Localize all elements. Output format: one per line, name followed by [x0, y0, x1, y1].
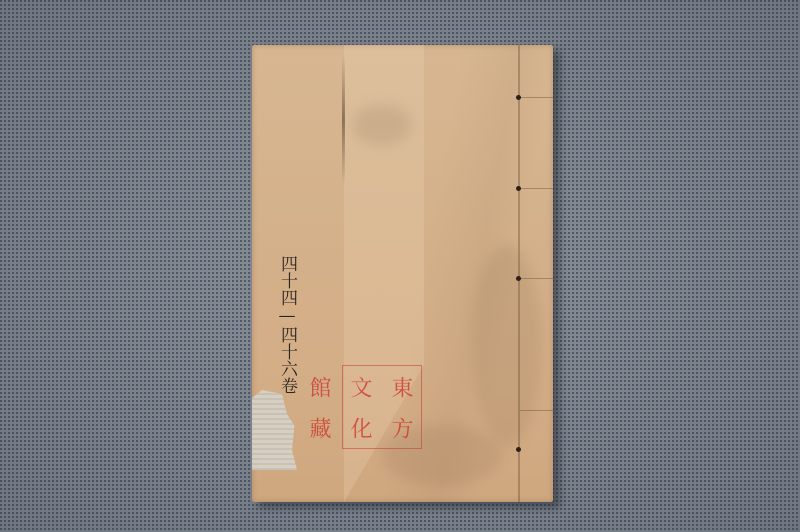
volume-label: 四十四—四十六卷	[276, 255, 298, 394]
binding-thread	[518, 45, 520, 502]
stitch	[520, 410, 553, 411]
seal-char: 方	[380, 407, 421, 448]
stain	[472, 245, 542, 445]
stitch	[520, 97, 553, 98]
stain	[352, 105, 412, 145]
binding-hole	[516, 186, 521, 191]
seal-char: 化	[339, 407, 380, 448]
binding-hole	[516, 447, 521, 452]
cover-crease	[342, 55, 345, 185]
binding-hole	[516, 95, 521, 100]
red-seal-stamp: 東 文 館 方 化 藏	[342, 365, 422, 449]
stitch	[520, 188, 553, 189]
binding-hole	[516, 276, 521, 281]
book-cover: 四十四—四十六卷 東 文 館 方 化 藏	[252, 45, 553, 502]
torn-corner	[252, 390, 302, 470]
seal-char: 藏	[298, 407, 339, 448]
seal-char: 東	[380, 366, 421, 407]
seal-char: 文	[339, 366, 380, 407]
stitch	[520, 278, 553, 279]
seal-char: 館	[298, 366, 339, 407]
